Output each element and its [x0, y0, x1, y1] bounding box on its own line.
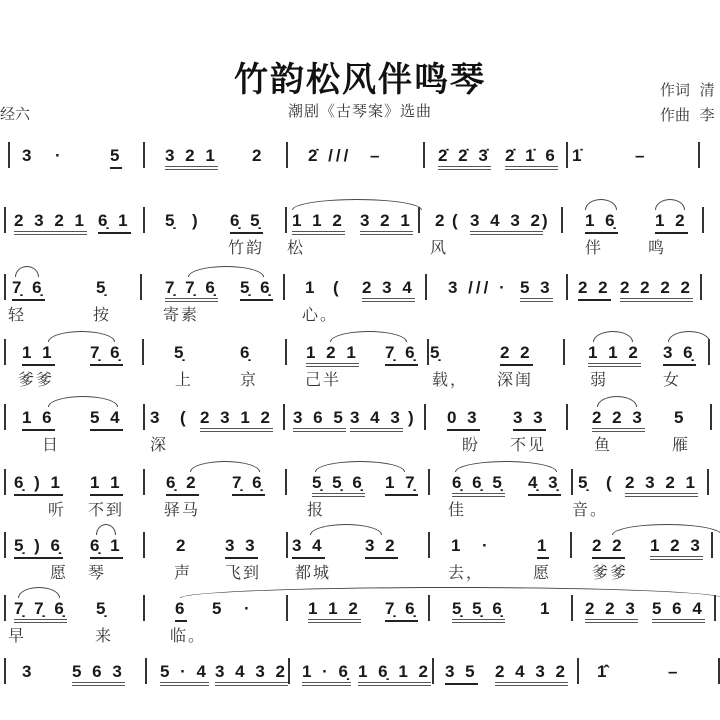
note-group: (: [606, 473, 615, 493]
lyric-syllable: 爹爹: [18, 367, 54, 390]
note-group: 2 3 2 1: [14, 211, 87, 235]
barline: [4, 404, 6, 430]
lyrics-line: 轻按寄素心。: [0, 300, 720, 326]
lyric-syllable: 不见: [510, 432, 546, 455]
note-group: 2̇ 2̇ 3̇: [438, 146, 491, 170]
barline: [566, 274, 568, 300]
note-group: 5̣ 6̣: [240, 278, 273, 301]
notes-line: 35 6 35 · 43 4 3 21 · 6̣1 6̣ 1 23 52 4 3…: [0, 656, 720, 686]
barline: [143, 595, 145, 621]
note-group: 3 6̣: [663, 343, 696, 366]
lyric-syllable: 佳: [448, 497, 466, 520]
note-group: 2 2: [592, 536, 625, 559]
note-group: 2: [435, 211, 447, 231]
barline: [707, 469, 709, 495]
note-group: 3 /// ·: [448, 278, 508, 298]
note-group: 1 2: [655, 211, 688, 234]
lyric-syllable: 京: [240, 367, 258, 390]
notes-line: 7̣ 7̣ 6̣5̣65·1 1 27̣ 6̣5̣ 5̣ 6̣12 2 35 6…: [0, 593, 720, 623]
note-group: 3 3: [513, 408, 546, 431]
score-row: 7̣ 6̣5̣7̣ 7̣ 6̣5̣ 6̣1(2 3 43 /// ·5 32 2…: [0, 272, 720, 336]
note-group: 6̣ 1: [90, 536, 123, 559]
lyric-syllable: 己半: [305, 367, 341, 390]
note-group: 3 3: [225, 536, 258, 559]
score-row: 6̣ ) 11 16̣ 27̣ 6̣5̣ 5̣ 6̣1 7̣6̣ 6̣ 5̣4̣…: [0, 467, 720, 531]
note-group: 5̣: [578, 473, 590, 493]
lyric-syllable: 愿: [533, 560, 551, 583]
lyric-syllable: 弱: [590, 367, 608, 390]
lyrics-line: 竹韵松风伴鸣: [0, 233, 720, 259]
note-group: 3 5: [445, 662, 478, 685]
barline: [286, 142, 288, 168]
lyric-syllable: 上: [175, 367, 193, 390]
note-group: 0 3: [447, 408, 480, 431]
note-group: 3: [150, 408, 162, 428]
note-group: ): [408, 408, 417, 428]
barline: [561, 207, 563, 233]
note-group: 1 2 1: [306, 343, 359, 367]
note-group: 3 2 1: [165, 146, 218, 170]
note-group: 2: [176, 536, 188, 556]
note-group: 2̇ ///: [308, 146, 351, 166]
barline: [563, 339, 565, 365]
song-subtitle: 潮剧《古琴案》选曲: [0, 100, 720, 121]
note-group: 5: [674, 408, 686, 428]
barline: [145, 658, 147, 684]
note-group: 1: [537, 536, 549, 559]
score-row: 1 17̣ 6̣5̣6̣1 2 17̣ 6̣5̣2 21 1 23 6̣爹爹上京…: [0, 337, 720, 401]
note-group: ·: [244, 599, 253, 619]
note-group: 6̣ 6̣ 5̣: [452, 473, 505, 497]
barline: [427, 339, 429, 365]
note-group: ): [542, 211, 551, 231]
note-group: 5 3: [520, 278, 553, 302]
barline: [428, 532, 430, 558]
note-group: 5: [212, 599, 224, 619]
barline: [283, 274, 285, 300]
lyrics-line: 听不到驿马报佳音。: [0, 495, 720, 521]
lyric-syllable: 盼: [462, 432, 480, 455]
note-group: 5̣ 5̣ 6̣: [312, 473, 365, 497]
barline: [424, 404, 426, 430]
note-group: 1 1 2: [308, 599, 361, 623]
notes-line: 1 65 43(2 3 1 23 6 53 4 3)0 33 32 2 35: [0, 402, 720, 432]
note-group: 6̣ ) 1: [14, 473, 63, 496]
barline: [4, 339, 6, 365]
lyrics-line: 爹爹上京己半载，深闺弱女: [0, 365, 720, 391]
note-group: 1 1 2: [292, 211, 345, 235]
barline: [708, 339, 710, 365]
note-group: 3 6 5: [293, 408, 346, 432]
lyric-syllable: 爹爹: [592, 560, 628, 583]
note-group: 2: [252, 146, 264, 166]
lyric-syllable: 声: [174, 560, 192, 583]
barline: [8, 142, 10, 168]
lyric-syllable: 报: [307, 497, 325, 520]
note-group: 7̣ 6̣: [385, 599, 418, 622]
barline: [142, 339, 144, 365]
note-group: ·: [55, 146, 64, 166]
lyric-syllable: 音。: [572, 497, 608, 520]
lyric-syllable: 去，: [448, 560, 484, 583]
note-group: 7̣ 6̣: [232, 473, 265, 496]
note-group: 3 4: [292, 536, 325, 559]
note-group: 4̣ 3̣: [528, 473, 561, 496]
barline: [4, 469, 6, 495]
barline: [143, 469, 145, 495]
note-group: 2 3 2 1: [625, 473, 698, 497]
barline: [428, 469, 430, 495]
barline: [566, 142, 568, 168]
lyric-syllable: 伴: [585, 235, 603, 258]
lyricist-name: 清: [700, 81, 715, 99]
lyric-syllable: 女: [663, 367, 681, 390]
lyrics-line: [0, 168, 720, 194]
barline: [432, 658, 434, 684]
barline: [143, 532, 145, 558]
lyric-syllable: 深闺: [497, 367, 533, 390]
lyric-syllable: 深: [150, 432, 168, 455]
lyric-syllable: 雁: [672, 432, 690, 455]
note-group: 7̣ 6̣: [385, 343, 418, 366]
barline: [4, 595, 6, 621]
note-group: 5̣: [96, 599, 108, 619]
note-group: 5̣: [174, 343, 186, 363]
note-group: 6: [175, 599, 187, 622]
note-group: 1: [305, 278, 317, 298]
note-group: 2 3 1 2: [200, 408, 273, 432]
note-group: 3 2 1: [360, 211, 413, 235]
note-group: –: [635, 146, 647, 166]
song-title: 竹韵松风伴鸣琴: [0, 52, 720, 101]
lyric-syllable: 按: [93, 302, 111, 325]
note-group: 5 4: [90, 408, 123, 431]
note-group: 2 2 3: [592, 408, 645, 432]
lyric-syllable: 轻: [8, 302, 26, 325]
barline: [285, 339, 287, 365]
lyric-syllable: 寄素: [163, 302, 199, 325]
note-group: 1 1: [90, 473, 123, 496]
note-group: 5̣ ) 6̣: [14, 536, 63, 559]
notes-line: 5̣ ) 6̣6̣ 123 33 43 21·12 21 2 3: [0, 530, 720, 560]
lyrics-line: [0, 684, 720, 710]
note-group: 6̣ 1: [98, 211, 131, 234]
barline: [143, 142, 145, 168]
lyricist-credit: 作词 清: [660, 79, 715, 100]
barline: [423, 142, 425, 168]
barline: [285, 207, 287, 233]
note-group: (: [180, 408, 189, 428]
composer-credit: 作曲 李: [660, 104, 715, 125]
barline: [286, 532, 288, 558]
barline: [143, 404, 145, 430]
barline: [418, 207, 420, 233]
barline: [710, 404, 712, 430]
note-group: 5 6 4: [652, 599, 705, 623]
barline: [571, 469, 573, 495]
note-group: 1 6̣: [585, 211, 618, 234]
note-group: 7̣ 7̣ 6̣: [14, 599, 67, 623]
note-group: 2 2 2 2: [620, 278, 693, 302]
note-group: 1 7̣: [385, 473, 418, 496]
barline: [702, 207, 704, 233]
note-group: 6̣: [240, 343, 252, 363]
lyric-syllable: 琴: [88, 560, 106, 583]
barline: [4, 207, 6, 233]
lyric-syllable: 愿: [50, 560, 68, 583]
lyric-syllable: 来: [95, 623, 113, 646]
barline: [698, 142, 700, 168]
score-row: 5̣ ) 6̣6̣ 123 33 43 21·12 21 2 3愿琴声飞到都城去…: [0, 530, 720, 594]
score-row: 35 6 35 · 43 4 3 21 · 6̣1 6̣ 1 23 52 4 3…: [0, 656, 720, 720]
lyric-syllable: 听: [48, 497, 66, 520]
lyric-syllable: 驿马: [164, 497, 200, 520]
barline: [714, 595, 716, 621]
barline: [4, 274, 6, 300]
barline: [425, 274, 427, 300]
note-group: –: [370, 146, 382, 166]
note-group: 3: [22, 662, 34, 682]
lyrics-line: 早来临。: [0, 621, 720, 647]
note-group: 2̇ 1̇ 6: [505, 146, 558, 170]
lyrics-line: 日深盼不见鱼雁: [0, 430, 720, 456]
note-group: 2 2: [500, 343, 533, 366]
barline: [570, 532, 572, 558]
notes-line: 3·53 2 122̇ ///–2̇ 2̇ 3̇2̇ 1̇ 61̇–: [0, 140, 720, 170]
lyrics-line: 愿琴声飞到都城去，愿爹爹: [0, 558, 720, 584]
note-group: 2 2 3: [585, 599, 638, 623]
note-group: 5̣ 5̣ 6̣: [452, 599, 505, 623]
barline: [283, 404, 285, 430]
note-group: 1 6̣ 1 2: [358, 662, 431, 686]
note-group: 1 6: [22, 408, 55, 431]
note-group: ·: [482, 536, 491, 556]
lyricist-role: 作词: [660, 81, 690, 99]
note-group: 5̣: [165, 211, 177, 231]
note-group: 1: [540, 599, 552, 619]
lyric-syllable: 风: [430, 235, 448, 258]
left-meta: 经六: [0, 103, 30, 124]
barline: [140, 274, 142, 300]
composer-role: 作曲: [660, 106, 690, 124]
lyric-syllable: 鱼: [594, 432, 612, 455]
score-row: 1 65 43(2 3 1 23 6 53 4 3)0 33 32 2 35日深…: [0, 402, 720, 466]
note-group: 1̇̂: [597, 662, 609, 682]
note-group: 5: [110, 146, 122, 169]
note-group: 6̣ 2: [166, 473, 199, 496]
note-group: 2 4 3 2: [495, 662, 568, 686]
barline: [288, 658, 290, 684]
note-group: ): [192, 211, 201, 231]
note-group: (: [452, 211, 461, 231]
note-group: 1 2 3: [650, 536, 703, 560]
note-group: 5̣: [96, 278, 108, 298]
barline: [143, 207, 145, 233]
note-group: 2 3 4: [362, 278, 415, 302]
barline: [566, 404, 568, 430]
note-group: –: [668, 662, 680, 682]
notes-line: 1 17̣ 6̣5̣6̣1 2 17̣ 6̣5̣2 21 1 23 6̣: [0, 337, 720, 367]
notes-line: 2 3 2 16̣ 15̣)6̣ 5̣1 1 23 2 12(3 4 3 2)1…: [0, 205, 720, 235]
note-group: 6̣ 5̣: [230, 211, 263, 234]
barline: [577, 658, 579, 684]
barline: [286, 595, 288, 621]
barline: [711, 532, 713, 558]
note-group: 1 1: [22, 343, 55, 366]
barline: [4, 532, 6, 558]
lyric-syllable: 松: [287, 235, 305, 258]
notes-line: 6̣ ) 11 16̣ 27̣ 6̣5̣ 5̣ 6̣1 7̣6̣ 6̣ 5̣4̣…: [0, 467, 720, 497]
note-group: 5̣: [430, 343, 442, 363]
note-group: 3: [22, 146, 34, 166]
barline: [285, 469, 287, 495]
score-row: 7̣ 7̣ 6̣5̣65·1 1 27̣ 6̣5̣ 5̣ 6̣12 2 35 6…: [0, 593, 720, 657]
note-group: 3 4 3 2: [215, 662, 288, 686]
lyric-syllable: 鸣: [648, 235, 666, 258]
note-group: 1: [451, 536, 463, 556]
lyric-syllable: 竹韵: [228, 235, 264, 258]
barline: [700, 274, 702, 300]
score-row: 2 3 2 16̣ 15̣)6̣ 5̣1 1 23 2 12(3 4 3 2)1…: [0, 205, 720, 269]
note-group: 1̇: [572, 146, 584, 166]
note-group: 7̣ 6̣: [12, 278, 45, 301]
barline: [571, 595, 573, 621]
lyric-syllable: 不到: [88, 497, 124, 520]
note-group: 7̣ 6̣: [90, 343, 123, 366]
note-group: 3 4 3 2: [470, 211, 543, 235]
note-group: 3 2: [365, 536, 398, 559]
barline: [428, 595, 430, 621]
note-group: 3 4 3: [350, 408, 403, 432]
lyric-syllable: 临。: [170, 623, 206, 646]
note-group: 2 2: [578, 278, 611, 301]
lyric-syllable: 心。: [302, 302, 338, 325]
lyric-syllable: 飞到: [225, 560, 261, 583]
lyric-syllable: 日: [42, 432, 60, 455]
note-group: 5 · 4: [160, 662, 209, 686]
lyric-syllable: 载，: [432, 367, 468, 390]
note-group: 7̣ 7̣ 6̣: [165, 278, 218, 302]
note-group: 5 6 3: [72, 662, 125, 686]
note-group: 1 · 6̣: [302, 662, 351, 686]
lyric-syllable: 早: [8, 623, 26, 646]
composer-name: 李: [700, 106, 715, 124]
note-group: (: [333, 278, 342, 298]
notes-line: 7̣ 6̣5̣7̣ 7̣ 6̣5̣ 6̣1(2 3 43 /// ·5 32 2…: [0, 272, 720, 302]
score-row: 3·53 2 122̇ ///–2̇ 2̇ 3̇2̇ 1̇ 61̇–: [0, 140, 720, 204]
barline: [4, 658, 6, 684]
lyric-syllable: 都城: [295, 560, 331, 583]
note-group: 1 1 2: [588, 343, 641, 367]
